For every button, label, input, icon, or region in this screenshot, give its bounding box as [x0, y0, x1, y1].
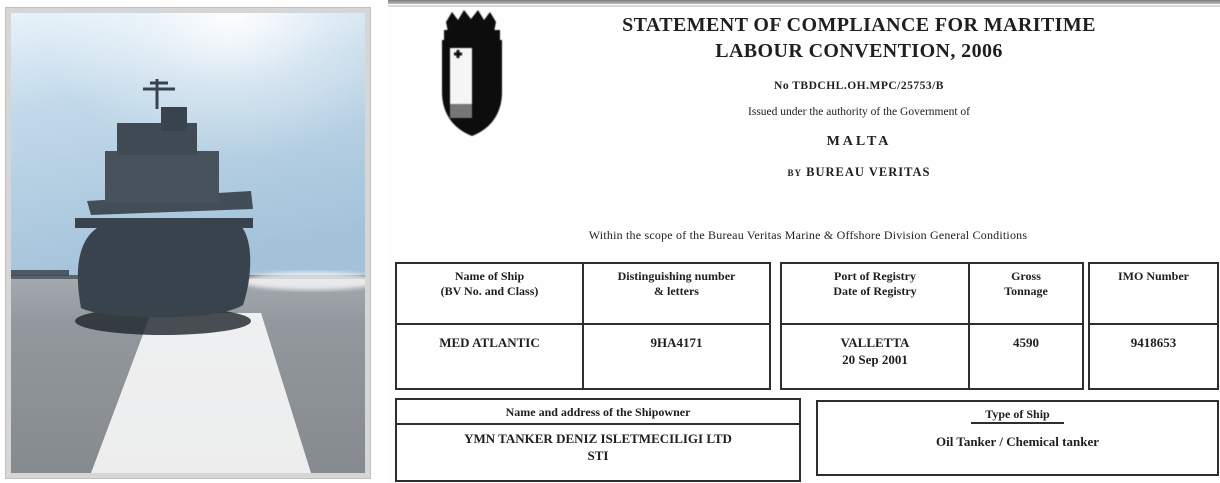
document-title: STATEMENT OF COMPLIANCE FOR MARITIME LAB…: [528, 12, 1190, 64]
ship-type-box: Type of Ship Oil Tanker / Chemical tanke…: [816, 400, 1219, 476]
ship-type-header-text: Type of Ship: [971, 407, 1063, 424]
flag-state: MALTA: [528, 134, 1190, 150]
ship-type-header: Type of Ship: [818, 402, 1217, 424]
registry-date-value: 20 Sep 2001: [782, 352, 968, 369]
name-of-ship-value: MED ATLANTIC: [397, 325, 582, 388]
certificate-number: No TBDCHL.OH.MPC/25753/B: [528, 80, 1190, 92]
imo-number-value: 9418653: [1090, 325, 1217, 388]
gross-tonnage-value: 4590: [970, 325, 1082, 388]
shipowner-box: Name and address of the Shipowner YMN TA…: [395, 398, 801, 482]
distant-land: [11, 270, 69, 276]
gross-tonnage-header-line2: Tonnage: [970, 284, 1082, 299]
registry-header-line1: Port of Registry: [782, 269, 968, 284]
ship-photo: [6, 8, 370, 478]
shipowner-value: YMN TANKER DENIZ ISLETMECILIGI LTD STI: [397, 425, 799, 465]
ship-type-value: Oil Tanker / Chemical tanker: [818, 424, 1217, 451]
distinctive-number-header-line2: & letters: [584, 284, 769, 299]
shipowner-value-line2: STI: [397, 448, 799, 465]
title-line-1: STATEMENT OF COMPLIANCE FOR MARITIME: [528, 12, 1190, 38]
registry-header-line2: Date of Registry: [782, 284, 968, 299]
name-of-ship-header: Name of Ship (BV No. and Class): [397, 264, 582, 325]
registry-column: Port of Registry Date of Registry VALLET…: [782, 264, 968, 388]
ship-details-table-middle: Port of Registry Date of Registry VALLET…: [780, 262, 1084, 390]
issued-by-line: by BUREAU VERITAS: [528, 165, 1190, 180]
name-of-ship-header-line1: Name of Ship: [397, 269, 582, 284]
imo-number-header: IMO Number: [1090, 264, 1217, 325]
imo-number-column: IMO Number 9418653: [1090, 264, 1217, 388]
page: STATEMENT OF COMPLIANCE FOR MARITIME LAB…: [0, 0, 1220, 483]
gross-tonnage-column: Gross Tonnage 4590: [968, 264, 1082, 388]
registry-header: Port of Registry Date of Registry: [782, 264, 968, 325]
malta-coat-of-arms-icon: [424, 8, 520, 140]
distinctive-number-header-line1: Distinguishing number: [584, 269, 769, 284]
document-heading-block: STATEMENT OF COMPLIANCE FOR MARITIME LAB…: [528, 12, 1190, 180]
scan-edge-band-2: [388, 5, 1220, 7]
distinctive-number-header: Distinguishing number & letters: [584, 264, 769, 325]
ship-details-table-left: Name of Ship (BV No. and Class) MED ATLA…: [395, 262, 771, 390]
name-of-ship-column: Name of Ship (BV No. and Class) MED ATLA…: [397, 264, 582, 388]
certificate-document: STATEMENT OF COMPLIANCE FOR MARITIME LAB…: [388, 0, 1220, 483]
scan-edge-band: [388, 0, 1220, 4]
name-of-ship-header-line2: (BV No. and Class): [397, 284, 582, 299]
shipowner-value-line1: YMN TANKER DENIZ ISLETMECILIGI LTD: [397, 431, 799, 448]
ship-details-table-imo: IMO Number 9418653: [1088, 262, 1219, 390]
title-line-2: LABOUR CONVENTION, 2006: [528, 38, 1190, 64]
registry-value: VALLETTA 20 Sep 2001: [782, 325, 968, 388]
shipowner-header: Name and address of the Shipowner: [397, 400, 799, 425]
distinctive-number-value: 9HA4171: [584, 325, 769, 388]
tanker-photo-illustration: [11, 13, 365, 473]
gross-tonnage-header: Gross Tonnage: [970, 264, 1082, 325]
gross-tonnage-header-line1: Gross: [970, 269, 1082, 284]
distinctive-number-column: Distinguishing number & letters 9HA4171: [582, 264, 769, 388]
scope-line: Within the scope of the Bureau Veritas M…: [418, 228, 1198, 243]
registry-port-value: VALLETTA: [782, 335, 968, 352]
issued-under-line: Issued under the authority of the Govern…: [528, 106, 1190, 118]
